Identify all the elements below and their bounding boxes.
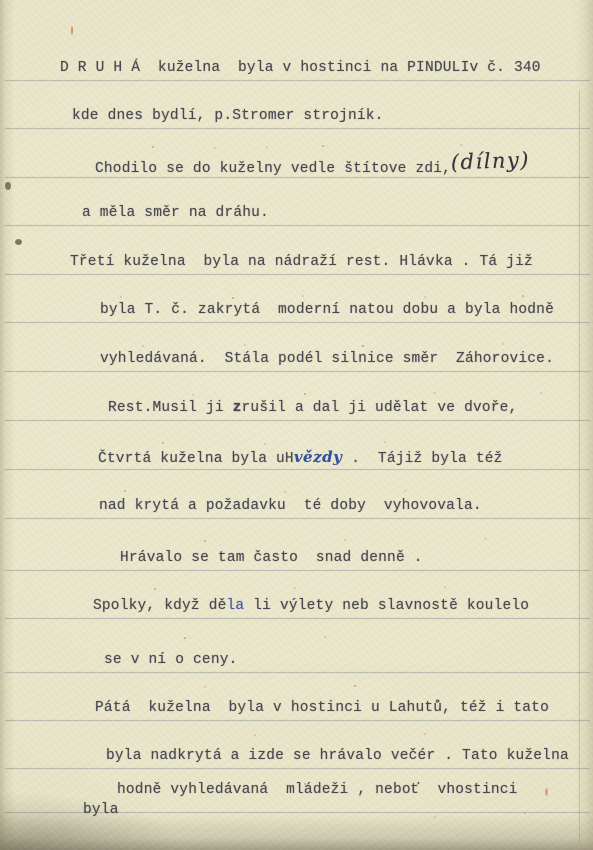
- scanned-page: D R U H Á kuželna byla v hostinci na PIN…: [0, 0, 593, 850]
- scan-speck: [294, 587, 296, 589]
- text-line: Pátá kuželna byla v hostinci u Lahutů, t…: [95, 699, 549, 718]
- page-right-edge: [579, 90, 580, 842]
- scan-speck: [344, 539, 346, 541]
- text-line: byla nadkrytá a izde se hrávalo večér . …: [106, 747, 569, 766]
- scan-speck: [322, 145, 324, 147]
- text-line: se v ní o ceny.: [104, 651, 238, 670]
- scan-speck: [434, 392, 436, 394]
- text-line: Hrávalo se tam často snad denně .: [120, 549, 423, 568]
- typed-text: Čtvrtá kuželna byla uH: [98, 451, 294, 467]
- scan-speck: [424, 296, 426, 298]
- ruled-line: [5, 225, 590, 226]
- text-line: kde dnes bydlí, p.Stromer strojník.: [72, 107, 384, 126]
- scan-speck: [154, 588, 156, 590]
- scan-speck: [284, 491, 286, 493]
- typed-text-offset-low: byla: [83, 801, 119, 820]
- text-line: Čtvrtá kuželna byla uHvězdy . Tájiž byla…: [98, 448, 503, 469]
- text-line: Chodilo se do kuželny vedle štítove zdi,…: [95, 156, 530, 179]
- scan-speck: [204, 686, 206, 688]
- handwritten-annotation: (dílny): [451, 151, 531, 173]
- ruled-line: [5, 420, 590, 421]
- scan-speck: [124, 490, 126, 492]
- scan-speck: [142, 345, 144, 347]
- scan-speck: [214, 147, 216, 149]
- scan-speck: [434, 816, 436, 818]
- ruled-line: [5, 128, 590, 129]
- typed-text: hodně vyhledávaná mládeži , neboť vhosti…: [117, 782, 518, 798]
- scan-speck: [460, 144, 462, 146]
- scan-speck: [540, 392, 542, 394]
- typed-text: li výlety neb slavnostě koulelo: [244, 598, 529, 614]
- text-line: nad krytá a požadavku té doby vyhovovala…: [99, 497, 482, 516]
- ruled-line: [5, 469, 590, 470]
- scan-speck: [71, 26, 73, 35]
- text-line: Spolky, když děla li výlety neb slavnost…: [93, 597, 529, 616]
- ruled-line: [5, 322, 590, 323]
- overstruck-letter: z: [233, 400, 242, 416]
- scan-speck: [324, 636, 326, 638]
- scan-speck: [502, 343, 504, 345]
- ruled-line: [5, 274, 590, 275]
- typed-text: Spolky, když dě: [93, 598, 227, 614]
- text-line: bylahodně vyhledávaná mládeži , neboť vh…: [117, 781, 518, 800]
- scan-speck: [162, 442, 164, 444]
- text-line: D R U H Á kuželna byla v hostinci na PIN…: [60, 59, 541, 78]
- text-line: vyhledávaná. Stála podél silnice směr Zá…: [100, 350, 554, 369]
- scan-speck: [545, 788, 548, 796]
- ruled-line: [5, 371, 590, 372]
- scan-speck: [424, 733, 426, 735]
- scan-speck: [266, 146, 268, 148]
- scan-speck: [522, 295, 524, 297]
- typed-text: Chodilo se do kuželny vedle štítove zdi,: [95, 161, 451, 177]
- scan-speck: [5, 182, 11, 190]
- ruled-line: [5, 720, 590, 721]
- text-line: byla T. č. zakrytá moderní natou dobu a …: [100, 301, 554, 320]
- scan-speck: [362, 345, 364, 347]
- blue-ink-handwriting: vězdy: [294, 448, 342, 466]
- ruled-line: [5, 570, 590, 571]
- scan-speck: [232, 297, 234, 299]
- scan-speck: [304, 393, 306, 395]
- ruled-line: [5, 672, 590, 673]
- text-line: Rest.Musil ji zrušil a dal ji udělat ve …: [108, 399, 517, 418]
- scan-speck: [302, 295, 304, 297]
- scan-speck: [244, 344, 246, 346]
- typed-text: Rest.Musil ji: [108, 400, 233, 416]
- scan-speck: [204, 540, 206, 542]
- scan-speck: [120, 296, 122, 298]
- scan-speck: [484, 538, 486, 540]
- scan-speck: [15, 239, 22, 245]
- scan-speck: [354, 685, 356, 687]
- ruled-line: [5, 618, 590, 619]
- scan-speck: [152, 146, 154, 148]
- scan-speck: [192, 394, 194, 396]
- scan-speck: [384, 441, 386, 443]
- blue-ink-correction: la: [227, 598, 245, 614]
- ruled-line: [5, 518, 590, 519]
- scan-speck: [404, 490, 406, 492]
- ruled-line: [5, 80, 590, 81]
- scan-speck: [444, 586, 446, 588]
- typed-text: rušil a dal ji udělat ve dvoře,: [242, 400, 518, 416]
- text-line: a měla směr na dráhu.: [82, 204, 269, 223]
- scan-speck: [184, 637, 186, 639]
- scan-speck: [254, 734, 256, 736]
- typed-text: . Tájiž byla též: [342, 451, 502, 467]
- text-line: Třetí kuželna byla na nádraží rest. Hláv…: [70, 253, 533, 272]
- scan-speck: [264, 443, 266, 445]
- ruled-line: [5, 768, 590, 769]
